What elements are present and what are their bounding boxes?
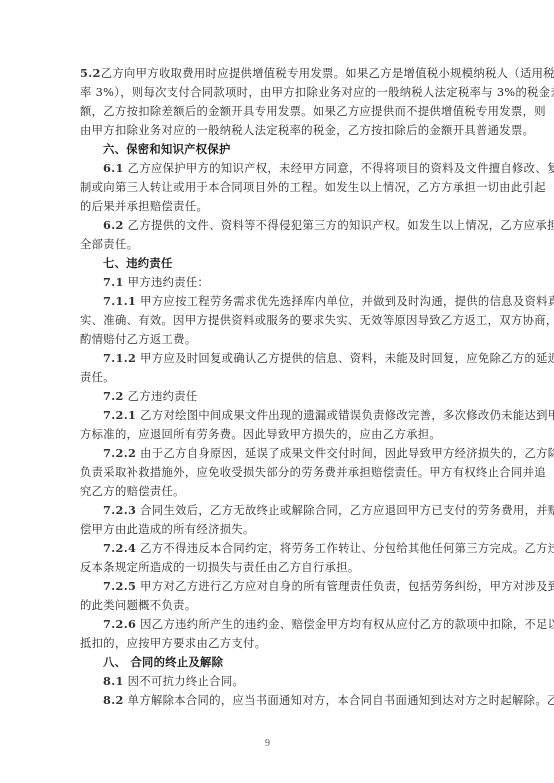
section-heading-6: 六、保密和知识产权保护 (80, 140, 475, 159)
clause-6-2-line-1: 6.2 乙方提供的文件、资料等不得侵犯第三方的知识产权。如发生以上情况，乙方应承… (80, 216, 475, 235)
line-text: 甲方应及时回复或确认乙方提供的信息、资料，未能及时回复，应免除乙方的延迟 (140, 352, 554, 365)
clause-5-2-line-1: 5.2乙方向甲方收取费用时应提供增值税专用发票。如果乙方是增值税小规模纳税人（适… (80, 64, 475, 83)
clause-7-1-1-line-2: 实、准确、有效。因甲方提供资料或服务的要求失实、无效等原因导致乙方返工，双方协商… (80, 311, 475, 330)
clause-number: 7.1 (103, 275, 124, 289)
clause-7-2-4-line-2: 反本条规定所造成的一切损失与责任由乙方自行承担。 (80, 558, 475, 577)
clause-6-1-line-3: 的后果并承担赔偿责任。 (80, 197, 475, 216)
clause-number: 8.1 (103, 674, 124, 688)
clause-number: 8.2 (103, 693, 124, 707)
line-text: 因乙方违约所产生的违约金、赔偿金甲方均有权从应付乙方的款项中扣除，不足以 (140, 618, 554, 631)
line-text: 乙方应保护甲方的知识产权，未经甲方同意，不得将项目的资料及文件擅自修改、复 (128, 162, 554, 175)
document-body: 5.2乙方向甲方收取费用时应提供增值税专用发票。如果乙方是增值税小规模纳税人（适… (80, 64, 475, 710)
clause-6-1-line-1: 6.1 乙方应保护甲方的知识产权，未经甲方同意，不得将项目的资料及文件擅自修改、… (80, 159, 475, 178)
clause-5-2-line-4: 由甲方扣除业务对应的一般纳税人法定税率的税金，乙方按扣除后的金额开具普通发票。 (80, 121, 475, 140)
line-text: 由于乙方自身原因，延误了成果文件交付时间，因此导致甲方经济损失的，乙方除 (140, 447, 554, 460)
line-text: 的此类问题概不负责。 (80, 599, 196, 612)
line-text: 乙方对绘图中间成果文件出现的遗漏或错误负责修改完善，多次修改仍未能达到甲 (140, 409, 554, 422)
line-text: 率 3%），则每次支付合同款项时，由甲方扣除业务对应的一般纳税人法定税率与 3%… (80, 86, 554, 99)
clause-7-1-2-line-1: 7.1.2 甲方应及时回复或确认乙方提供的信息、资料，未能及时回复，应免除乙方的… (80, 349, 475, 368)
clause-7-1: 7.1 甲方违约责任： (80, 273, 475, 292)
line-text: 实、准确、有效。因甲方提供资料或服务的要求失实、无效等原因导致乙方返工，双方协商… (80, 314, 554, 327)
clause-number: 6.2 (103, 218, 124, 232)
line-text: 乙方违约责任 (128, 390, 198, 403)
clause-8-2-line-1: 8.2 单方解除本合同的，应当书面通知对方，本合同自书面通知到达对方之时起解除。… (80, 691, 475, 710)
line-text: 乙方提供的文件、资料等不得侵犯第三方的知识产权。如发生以上情况，乙方应承担 (128, 219, 554, 232)
clause-number: 7.2 (103, 389, 124, 403)
clause-7-2-3-line-1: 7.2.3 合同生效后，乙方无故终止或解除合同，乙方应退回甲方已支付的劳务费用，… (80, 501, 475, 520)
clause-number: 7.2.2 (103, 446, 136, 460)
clause-7-2-1-line-2: 方标准的，应退回所有劳务费。因此导致甲方损失的，应由乙方承担。 (80, 425, 475, 444)
clause-number: 7.1.1 (103, 294, 136, 308)
clause-7-2-1-line-1: 7.2.1 乙方对绘图中间成果文件出现的遗漏或错误负责修改完善，多次修改仍未能达… (80, 406, 475, 425)
clause-number: 7.2.1 (103, 408, 136, 422)
clause-number: 7.2.4 (103, 541, 136, 555)
line-text: 抵扣的，应按甲方要求由乙方支付。 (80, 637, 266, 650)
line-text: 甲方违约责任： (128, 276, 210, 289)
line-text: 单方解除本合同的，应当书面通知对方，本合同自书面通知到达对方之时起解除。乙 (128, 694, 554, 707)
line-text: 究乙方的赔偿责任。 (80, 485, 185, 498)
clause-6-2-line-2: 全部责任。 (80, 235, 475, 254)
line-text: 乙方向甲方收取费用时应提供增值税专用发票。如果乙方是增值税小规模纳税人（适用税 (101, 67, 554, 80)
line-text: 甲方应按工程劳务需求优先选择库内单位，并做到及时沟通，提供的信息及资料真 (140, 295, 554, 308)
clause-7-1-1-line-1: 7.1.1 甲方应按工程劳务需求优先选择库内单位，并做到及时沟通，提供的信息及资… (80, 292, 475, 311)
clause-7-2-2-line-2: 负责采取补救措施外，应免收受损失部分的劳务费并承担赔偿责任。甲方有权终止合同并追 (80, 463, 475, 482)
clause-8-1: 8.1 因不可抗力终止合同。 (80, 672, 475, 691)
section-heading-8: 八、 合同的终止及解除 (80, 653, 475, 672)
line-text: 全部责任。 (80, 238, 138, 251)
clause-number: 7.2.5 (103, 579, 136, 593)
clause-7-2: 7.2 乙方违约责任 (80, 387, 475, 406)
clause-5-2-line-3: 额，乙方按扣除差额后的金额开具专用发票。如果乙方应提供而不提供增值税专用发票，则 (80, 102, 475, 121)
line-text: 乙方不得违反本合同约定，将劳务工作转让、分包给其他任何第三方完成。乙方违 (140, 542, 554, 555)
line-text: 甲方对乙方进行乙方应对自身的所有管理责任负责，包括劳务纠纷，甲方对涉及到 (140, 580, 554, 593)
line-text: 反本条规定所造成的一切损失与责任由乙方自行承担。 (80, 561, 360, 574)
line-text: 合同生效后，乙方无故终止或解除合同，乙方应退回甲方已支付的劳务费用，并赔 (140, 504, 554, 517)
clause-number: 7.2.3 (103, 503, 136, 517)
clause-7-2-5-line-1: 7.2.5 甲方对乙方进行乙方应对自身的所有管理责任负责，包括劳务纠纷，甲方对涉… (80, 577, 475, 596)
clause-7-2-6-line-1: 7.2.6 因乙方违约所产生的违约金、赔偿金甲方均有权从应付乙方的款项中扣除，不… (80, 615, 475, 634)
clause-number: 7.2.6 (103, 617, 136, 631)
line-text: 责任。 (80, 371, 115, 384)
line-text: 额，乙方按扣除差额后的金额开具专用发票。如果乙方应提供而不提供增值税专用发票，则 (80, 105, 546, 118)
clause-7-2-3-line-2: 偿甲方由此造成的所有经济损失。 (80, 520, 475, 539)
line-text: 偿甲方由此造成的所有经济损失。 (80, 523, 255, 536)
clause-number: 5.2 (80, 66, 101, 80)
section-heading-7: 七、违约责任 (80, 254, 475, 273)
line-text: 的后果并承担赔偿责任。 (80, 200, 208, 213)
clause-7-2-5-line-2: 的此类问题概不负责。 (80, 596, 475, 615)
clause-7-2-2-line-1: 7.2.2 由于乙方自身原因，延误了成果文件交付时间，因此导致甲方经济损失的，乙… (80, 444, 475, 463)
line-text: 制或向第三人转让或用于本合同项目外的工程。如发生以上情况，乙方方承担一切由此引起 (80, 181, 546, 194)
document-page: 5.2乙方向甲方收取费用时应提供增值税专用发票。如果乙方是增值税小规模纳税人（适… (0, 0, 554, 783)
clause-7-2-4-line-1: 7.2.4 乙方不得违反本合同约定，将劳务工作转让、分包给其他任何第三方完成。乙… (80, 539, 475, 558)
clause-7-2-6-line-2: 抵扣的，应按甲方要求由乙方支付。 (80, 634, 475, 653)
clause-7-1-2-line-2: 责任。 (80, 368, 475, 387)
clause-7-2-2-line-3: 究乙方的赔偿责任。 (80, 482, 475, 501)
page-number: 9 (265, 738, 270, 749)
line-text: 方标准的，应退回所有劳务费。因此导致甲方损失的，应由乙方承担。 (80, 428, 441, 441)
clause-6-1-line-2: 制或向第三人转让或用于本合同项目外的工程。如发生以上情况，乙方方承担一切由此引起 (80, 178, 475, 197)
line-text: 因不可抗力终止合同。 (128, 675, 244, 688)
clause-number: 7.1.2 (103, 351, 136, 365)
clause-7-1-1-line-3: 酌情赔付乙方返工费。 (80, 330, 475, 349)
line-text: 由甲方扣除业务对应的一般纳税人法定税率的税金，乙方按扣除后的金额开具普通发票。 (80, 124, 534, 137)
clause-number: 6.1 (103, 161, 124, 175)
line-text: 负责采取补救措施外，应免收受损失部分的劳务费并承担赔偿责任。甲方有权终止合同并追 (80, 466, 546, 479)
line-text: 酌情赔付乙方返工费。 (80, 333, 196, 346)
clause-5-2-line-2: 率 3%），则每次支付合同款项时，由甲方扣除业务对应的一般纳税人法定税率与 3%… (80, 83, 475, 102)
